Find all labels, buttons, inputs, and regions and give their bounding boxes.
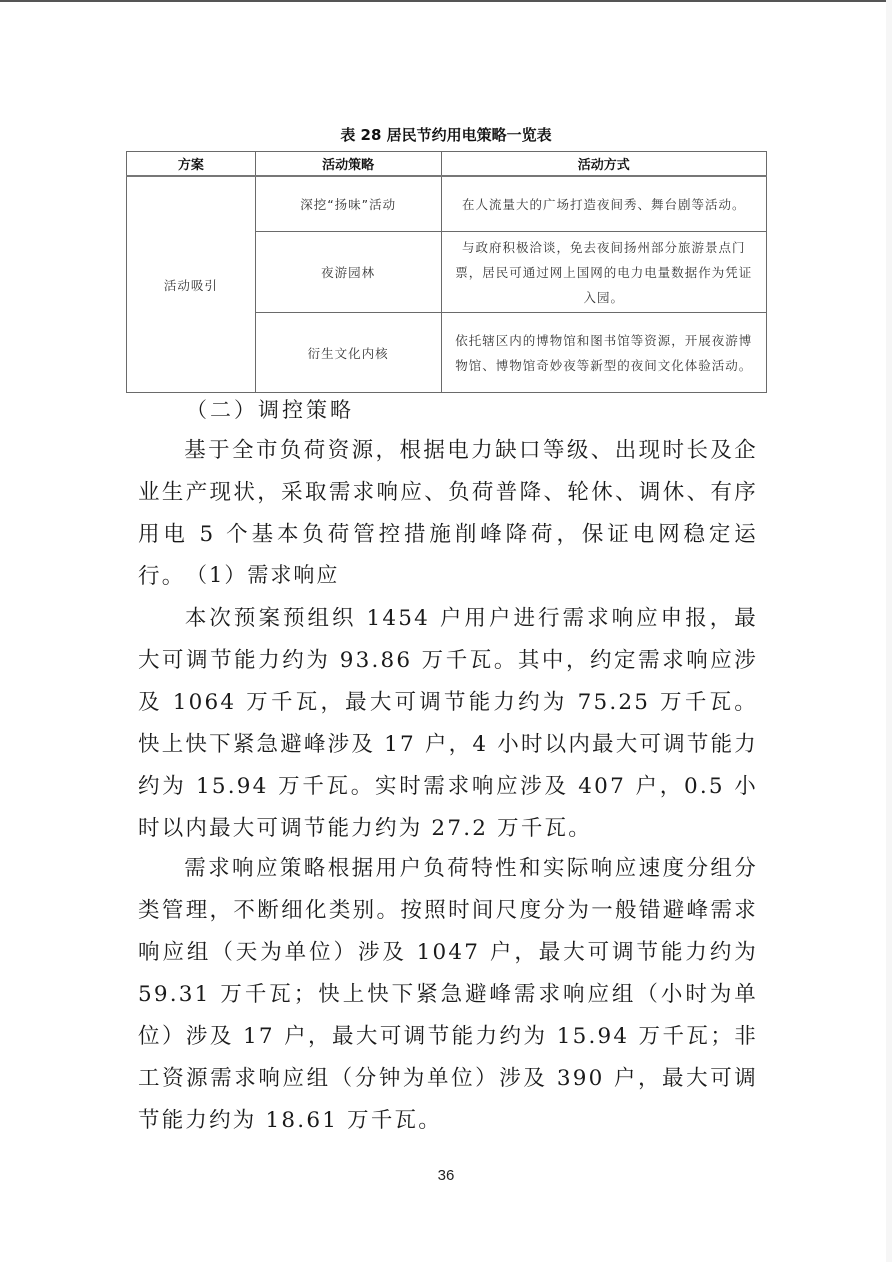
method-cell: 依托辖区内的博物馆和图书馆等资源，开展夜游博物馆、博物馆奇妙夜等新型的夜间文化体… <box>441 313 766 393</box>
paragraph-2-text: 需求响应策略根据用户负荷特性和实际响应速度分组分类管理，不断细化类别。按照时间尺… <box>138 856 758 1133</box>
table-caption: 表 28 居民节约用电策略一览表 <box>126 124 766 145</box>
section-heading: （二）调控策略 <box>186 394 354 424</box>
table-header-row: 方案 活动策略 活动方式 <box>127 152 767 177</box>
table-row: 活动吸引 深挖“扬味”活动 在人流量大的广场打造夜间秀、舞台剧等活动。 <box>127 176 767 232</box>
demand-response-paragraph-1: 本次预案预组织 1454 户用户进行需求响应申报，最大可调节能力约为 93.86… <box>138 598 758 850</box>
page-top-edge <box>0 0 892 2</box>
column-header-method: 活动方式 <box>441 152 766 177</box>
strategy-table: 方案 活动策略 活动方式 活动吸引 深挖“扬味”活动 在人流量大的广场打造夜间秀… <box>126 151 767 393</box>
method-cell: 在人流量大的广场打造夜间秀、舞台剧等活动。 <box>441 176 766 232</box>
column-header-plan: 方案 <box>127 152 256 177</box>
subsection-heading: （1）需求响应 <box>186 559 339 589</box>
page-right-edge <box>886 0 892 1262</box>
strategy-cell: 夜游园林 <box>255 232 441 313</box>
strategy-cell: 衍生文化内核 <box>255 313 441 393</box>
paragraph-1-text: 本次预案预组织 1454 户用户进行需求响应申报，最大可调节能力约为 93.86… <box>138 606 758 841</box>
group-label-cell: 活动吸引 <box>127 176 256 393</box>
strategy-cell: 深挖“扬味”活动 <box>255 176 441 232</box>
method-cell: 与政府积极洽谈，免去夜间扬州部分旅游景点门票，居民可通过网上国网的电力电量数据作… <box>441 232 766 313</box>
page-number: 36 <box>0 1167 892 1184</box>
demand-response-paragraph-2: 需求响应策略根据用户负荷特性和实际响应速度分组分类管理，不断细化类别。按照时间尺… <box>138 848 758 1142</box>
column-header-strategy: 活动策略 <box>255 152 441 177</box>
